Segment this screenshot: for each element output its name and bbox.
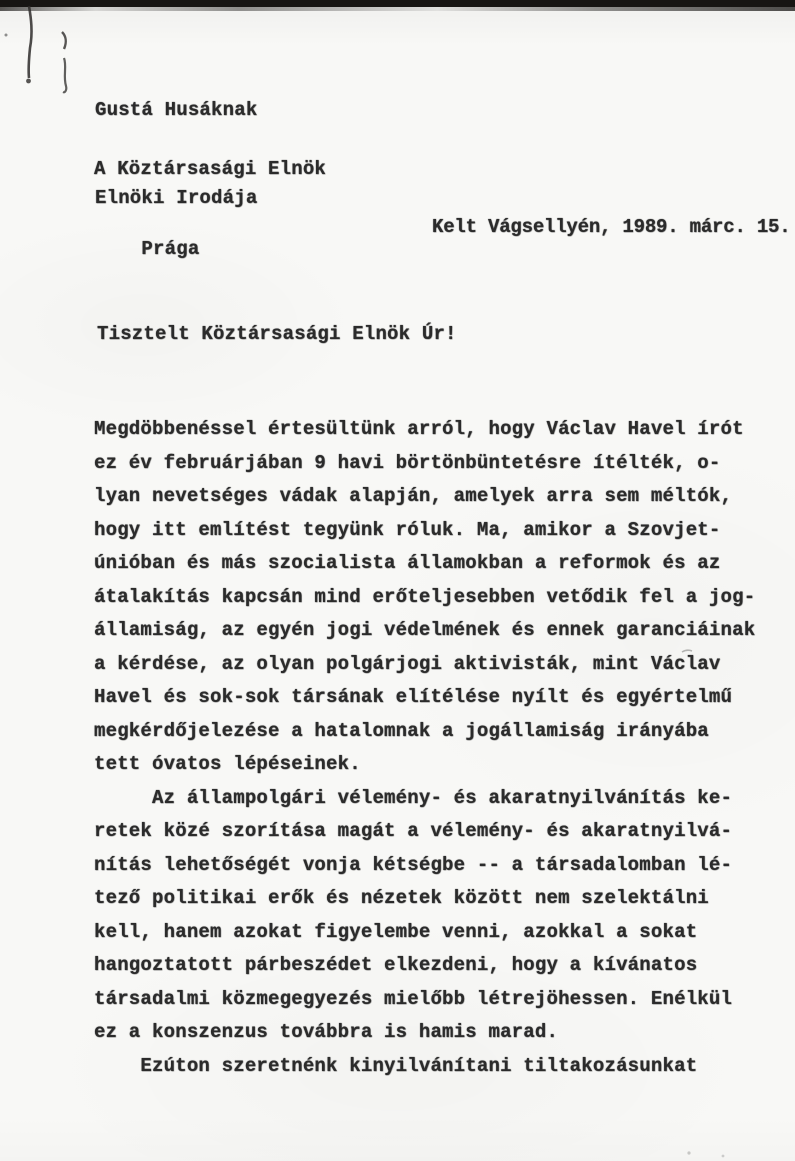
body-line-14: nítás lehetőségét vonja kétségbe -- a tá… [94,849,755,883]
body-line-10: megkérdőjelezése a hatalomnak a jogállam… [94,715,755,749]
city-date-row: Prága Kelt Vágsellyén, 1989. márc. 15. [95,216,785,304]
body-line-16: kell, hanem azokat figyelembe venni, azo… [94,916,755,950]
scan-edge-artifact [0,0,795,7]
body-line-19: ez a konszenzus továbbra is hamis marad. [94,1016,755,1050]
scanned-letter-page: Gustá Husáknak A Köztársasági Elnök Elnö… [0,0,795,1161]
body-line-11: tett óvatos lépéseinek. [94,748,755,782]
recipient-office-line2: Elnöki Irodája [95,187,257,209]
recipient-office-line1: A Köztársasági Elnök [94,158,326,180]
body-line-2: ez év februárjában 9 havi börtönbüntetés… [94,447,755,481]
body-line-9: Havel és sok-sok társának elítélése nyíl… [94,681,755,715]
body-line-17: hangoztatott párbeszédet elkezdeni, hogy… [94,949,755,983]
body-line-18: társadalmi közmegegyezés mielőbb létrejö… [94,983,755,1017]
body-line-4: hogy itt említést tegyünk róluk. Ma, ami… [94,514,755,548]
body-line-7: államiság, az egyén jogi védelmének és e… [94,614,755,648]
body-line-20: Ezúton szeretnénk kinyilvánítani tiltako… [94,1050,755,1084]
dateline: Kelt Vágsellyén, 1989. márc. 15. [432,216,790,238]
body-line-12: Az állampolgári vélemény- és akaratnyilv… [94,782,755,816]
body-line-1: Megdöbbenéssel értesültünk arról, hogy V… [94,413,755,447]
body-line-6: átalakítás kapcsán mind erőteljesebben v… [94,581,755,615]
salutation: Tisztelt Köztársasági Elnök Úr! [97,323,457,345]
body-line-3: lyan nevetséges vádak alapján, amelyek a… [94,480,755,514]
body-line-15: tező politikai erők és nézetek között ne… [94,882,755,916]
body-line-5: únióban és más szocialista államokban a … [94,547,755,581]
recipient-city: Prága [141,238,199,260]
body-line-13: retek közé szorítása magát a vélemény- é… [94,815,755,849]
recipient-name: Gustá Husáknak [95,99,257,121]
body-line-8: a kérdése, az olyan polgárjogi aktivistá… [94,648,755,682]
letter-body: Megdöbbenéssel értesültünk arról, hogy V… [94,413,755,1083]
